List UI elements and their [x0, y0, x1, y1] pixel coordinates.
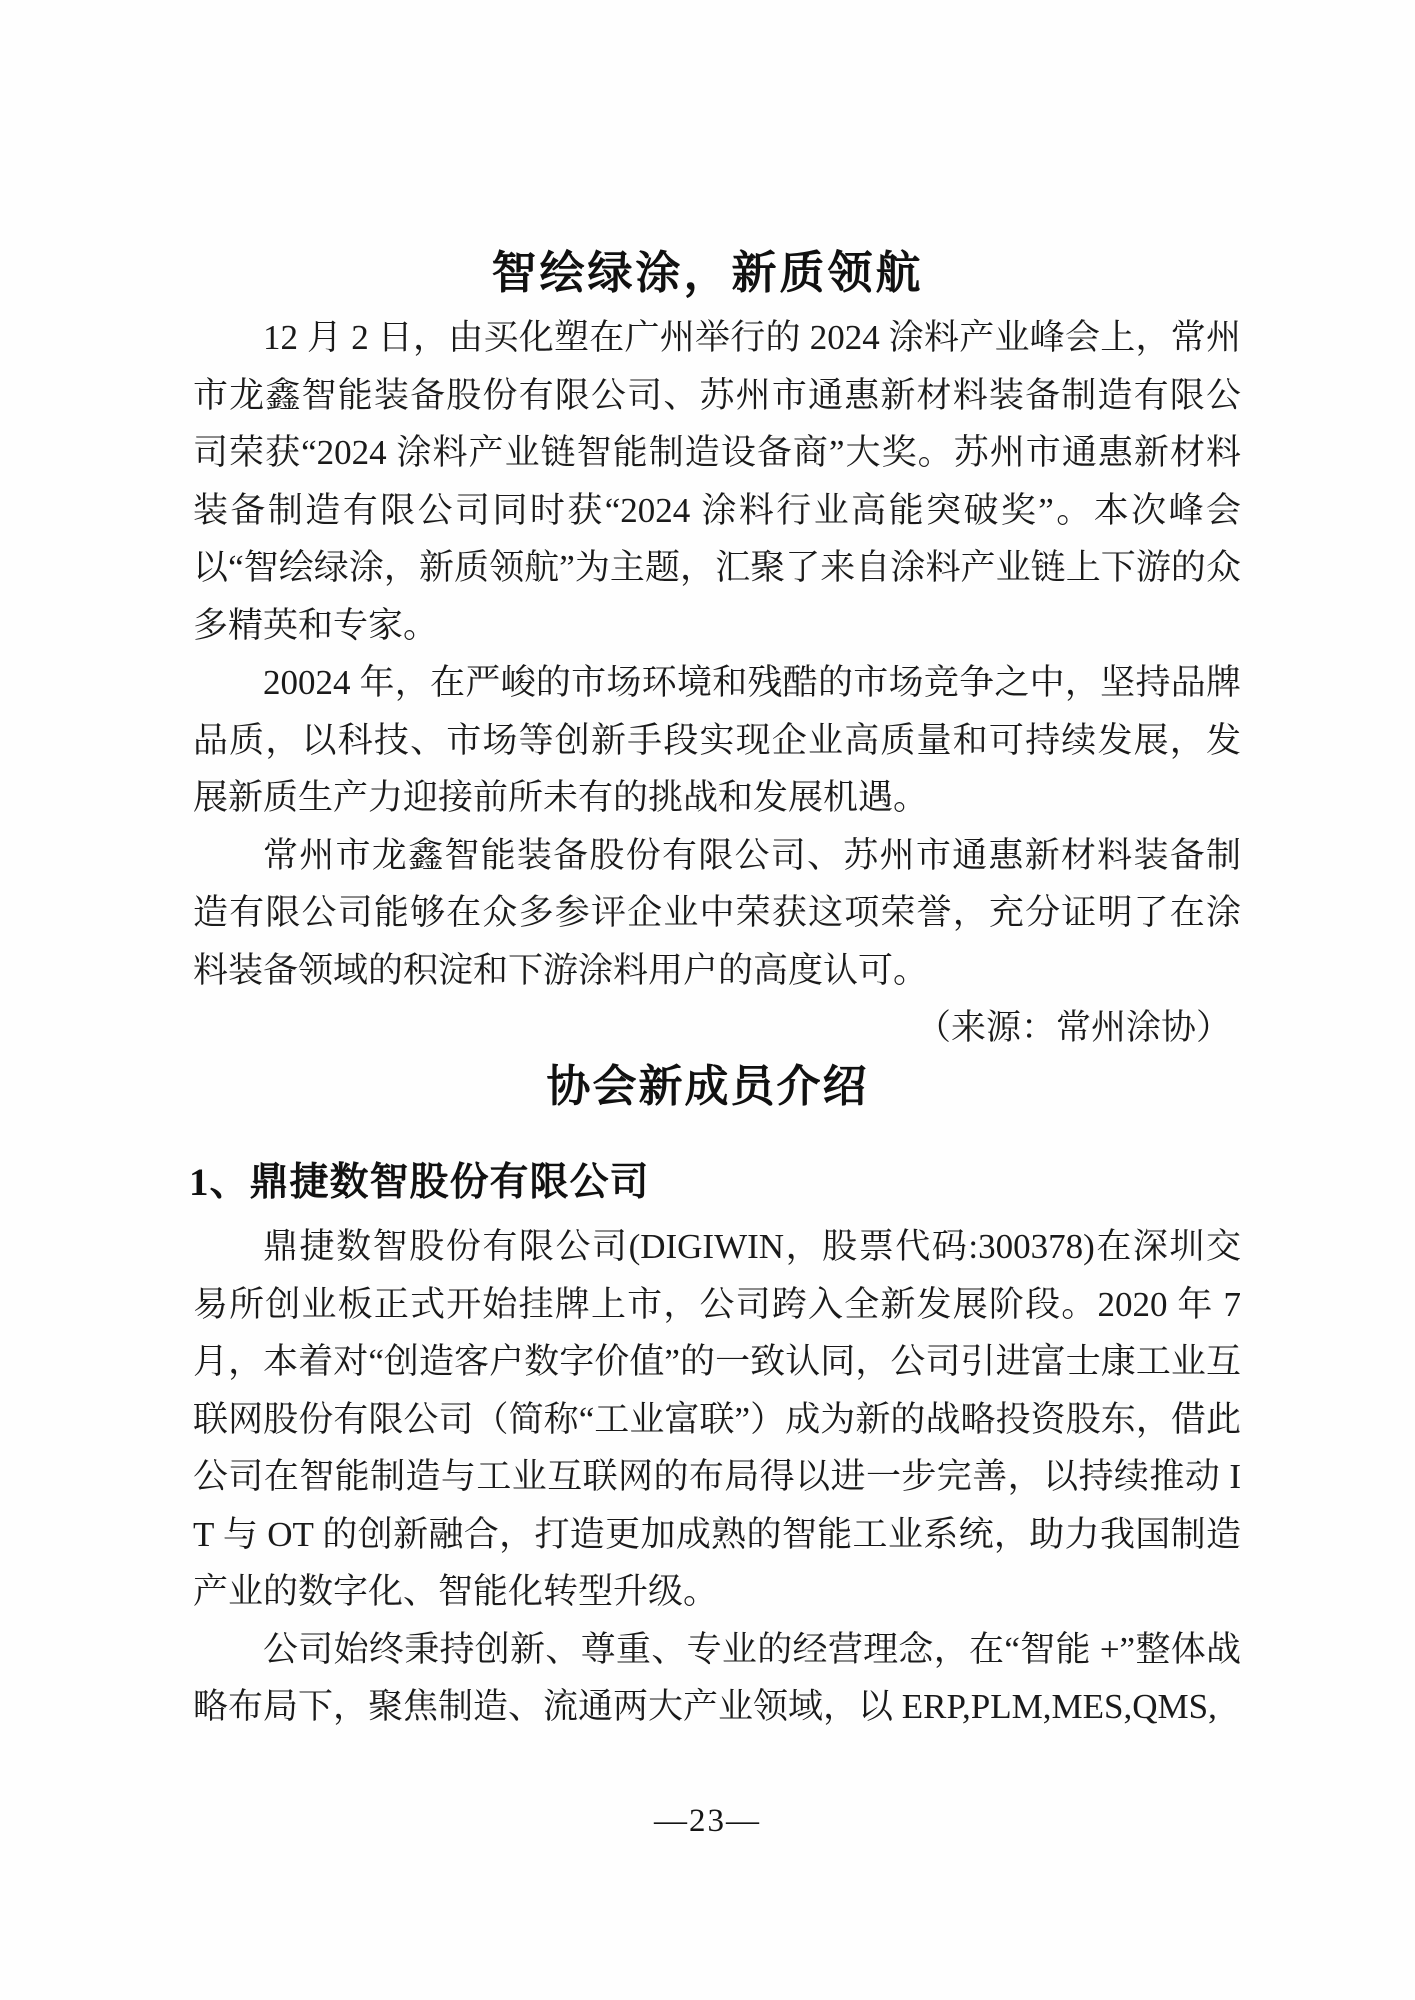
member-paragraph: 鼎捷数智股份有限公司(DIGIWIN，股票代码:300378)在深圳交易所创业板…: [193, 1218, 1241, 1621]
source-attribution: （来源：常州涂协）: [193, 999, 1241, 1057]
member-paragraph: 公司始终秉持创新、尊重、专业的经营理念，在“智能 +”整体战略布局下，聚焦制造、…: [193, 1621, 1241, 1736]
article-title: 智绘绿涂，新质领航: [0, 236, 1415, 301]
page-number: —23—: [0, 1803, 1415, 1840]
section-heading: 协会新成员介绍: [0, 1050, 1415, 1114]
article-paragraph: 12 月 2 日，由买化塑在广州举行的 2024 涂料产业峰会上，常州市龙鑫智能…: [193, 309, 1241, 654]
member-item-heading: 1、鼎捷数智股份有限公司: [189, 1151, 650, 1207]
article-paragraph: 20024 年，在严峻的市场环境和残酷的市场竞争之中，坚持品牌品质，以科技、市场…: [193, 654, 1241, 827]
article-paragraph: 常州市龙鑫智能装备股份有限公司、苏州市通惠新材料装备制造有限公司能够在众多参评企…: [193, 827, 1241, 1000]
article-body: 12 月 2 日，由买化塑在广州举行的 2024 涂料产业峰会上，常州市龙鑫智能…: [193, 309, 1241, 1057]
member-item-body: 鼎捷数智股份有限公司(DIGIWIN，股票代码:300378)在深圳交易所创业板…: [193, 1218, 1241, 1736]
document-page: 智绘绿涂，新质领航 12 月 2 日，由买化塑在广州举行的 2024 涂料产业峰…: [0, 0, 1415, 2000]
